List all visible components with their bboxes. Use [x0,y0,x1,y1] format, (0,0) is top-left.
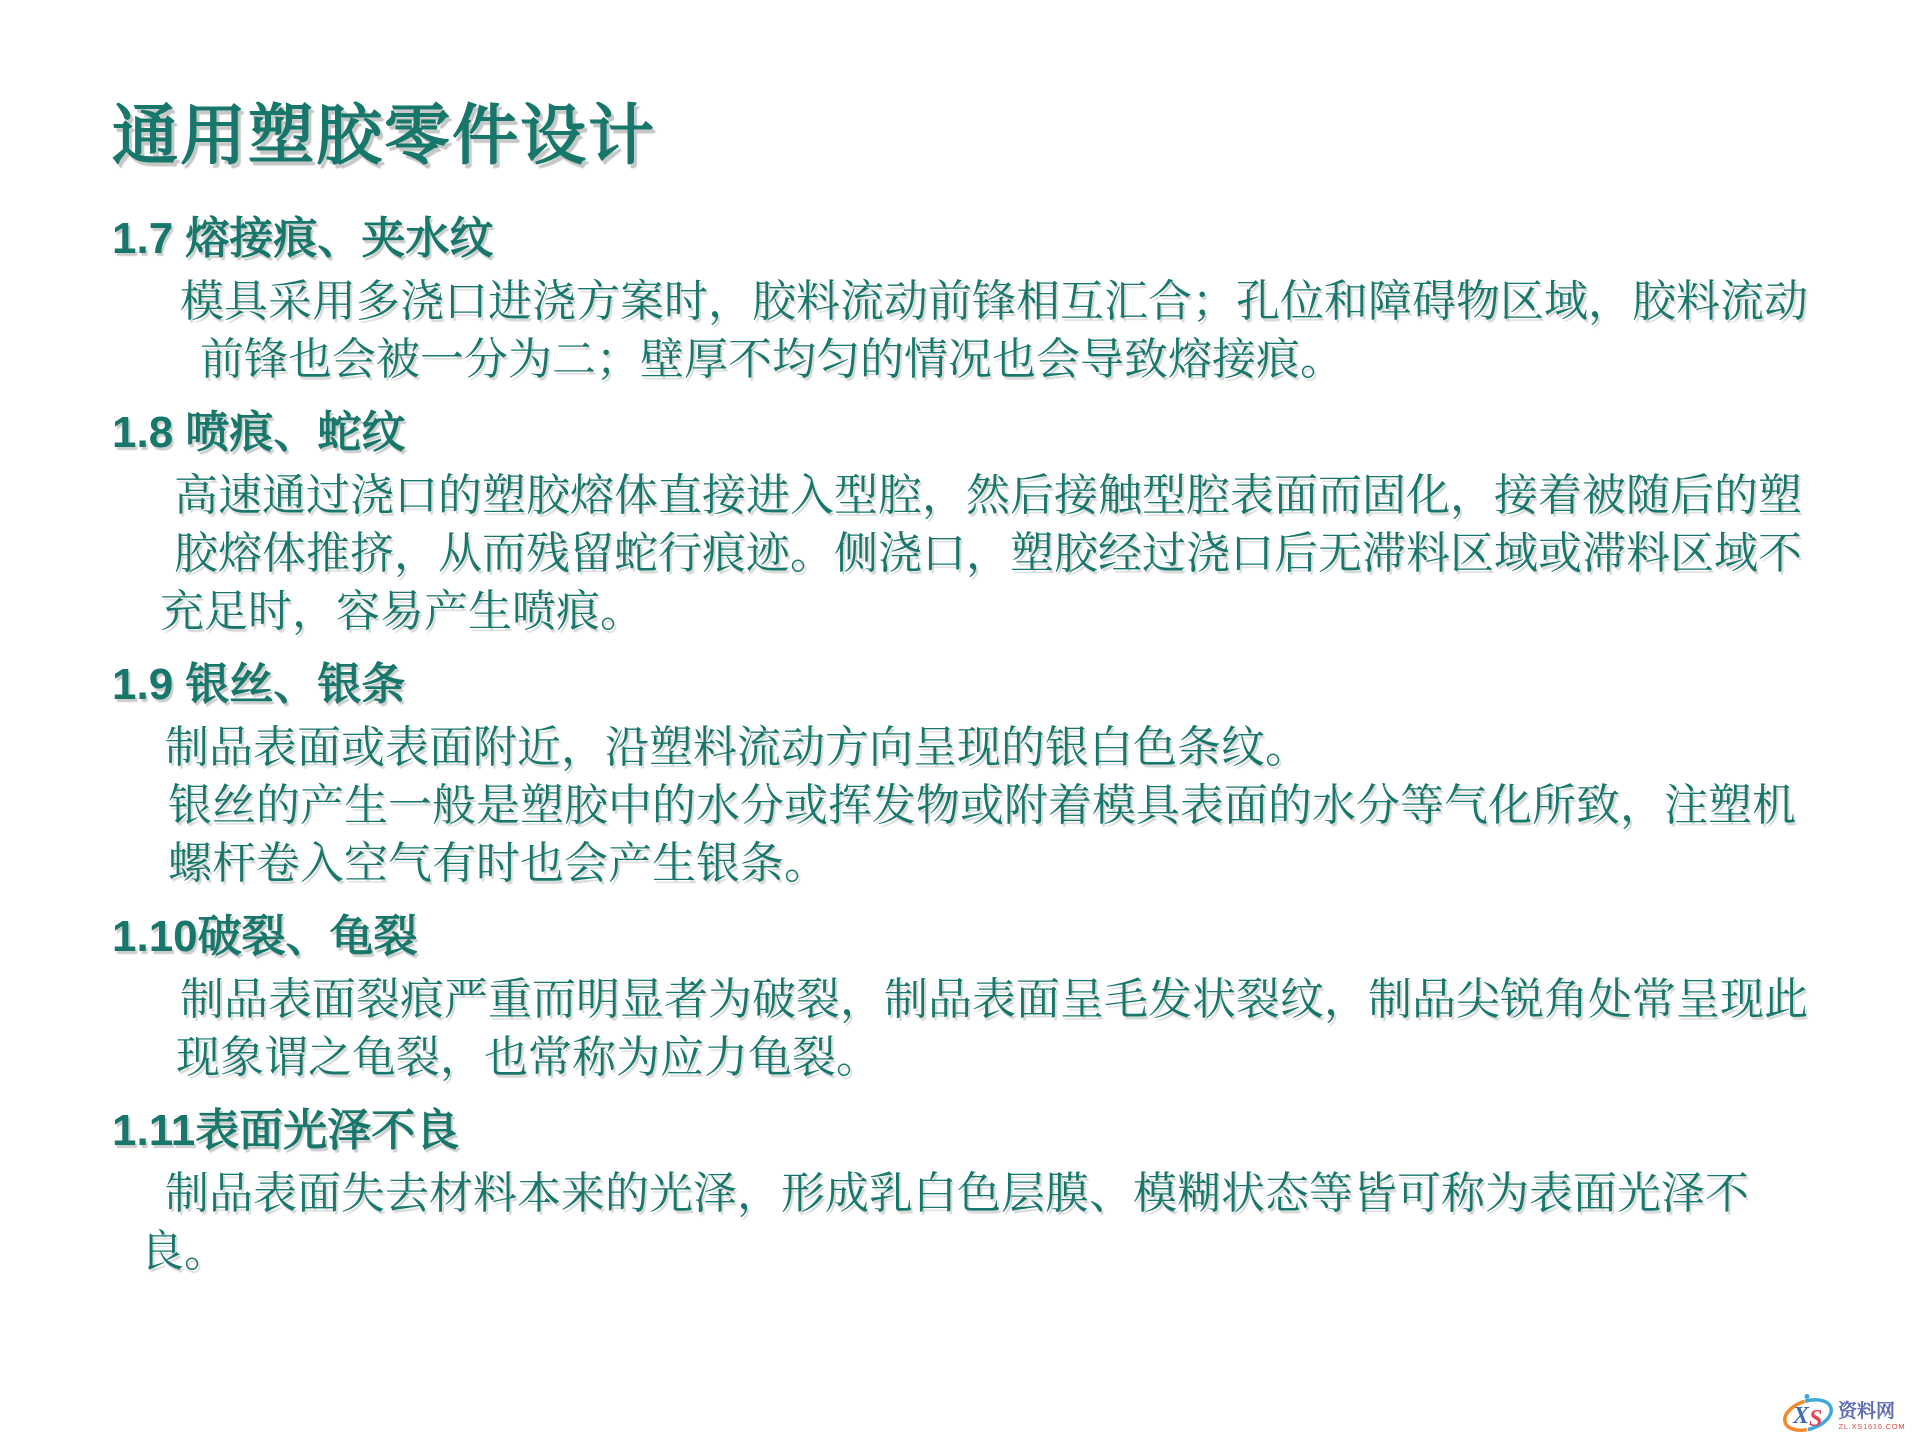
watermark-site-name: 资料网 [1838,1399,1895,1422]
body-line: 模具采用多浇口进浇方案时，胶料流动前锋相互汇合；孔位和障碍物区域，胶料流动 [112,273,1880,331]
body-line: 前锋也会被一分为二；壁厚不均匀的情况也会导致熔接痕。 [112,331,1880,389]
section-heading: 1.11表面光泽不良 [112,1105,1880,1157]
body-line: 高速通过浇口的塑胶熔体直接进入型腔，然后接触型腔表面而固化，接着被随后的塑 [112,467,1880,525]
body-line: 螺杆卷入空气有时也会产生银条。 [112,835,1880,893]
section-heading: 1.8 喷痕、蛇纹 [112,407,1880,459]
section-1-10: 1.10破裂、龟裂 制品表面裂痕严重而明显者为破裂，制品表面呈毛发状裂纹，制品尖… [112,911,1880,1087]
section-1-9: 1.9 银丝、银条 制品表面或表面附近，沿塑料流动方向呈现的银白色条纹。 银丝的… [112,659,1880,893]
body-line: 现象谓之龟裂，也常称为应力龟裂。 [112,1029,1880,1087]
watermark-logo: X S 资料网 ZL.XS1616.COM [1780,1390,1914,1436]
body-line: 制品表面失去材料本来的光泽，形成乳白色层膜、模糊状态等皆可称为表面光泽不 [112,1165,1880,1223]
body-line: 充足时，容易产生喷痕。 [112,583,1880,641]
body-line: 良。 [112,1223,1880,1281]
body-line: 银丝的产生一般是塑胶中的水分或挥发物或附着模具表面的水分等气化所致，注塑机 [112,777,1880,835]
slide-content: 通用塑胶零件设计 1.7 熔接痕、夹水纹 模具采用多浇口进浇方案时，胶料流动前锋… [0,0,1920,1281]
section-heading: 1.9 银丝、银条 [112,659,1880,711]
logo-letter-s: S [1809,1406,1822,1432]
section-1-7: 1.7 熔接痕、夹水纹 模具采用多浇口进浇方案时，胶料流动前锋相互汇合；孔位和障… [112,213,1880,389]
page-title: 通用塑胶零件设计 [112,95,1880,175]
body-line: 制品表面裂痕严重而明显者为破裂，制品表面呈毛发状裂纹，制品尖锐角处常呈现此 [112,971,1880,1029]
watermark-site-url: ZL.XS1616.COM [1839,1422,1906,1431]
body-line: 制品表面或表面附近，沿塑料流动方向呈现的银白色条纹。 [112,719,1880,777]
section-1-8: 1.8 喷痕、蛇纹 高速通过浇口的塑胶熔体直接进入型腔，然后接触型腔表面而固化，… [112,407,1880,641]
dot-icon [1805,1394,1810,1399]
section-1-11: 1.11表面光泽不良 制品表面失去材料本来的光泽，形成乳白色层膜、模糊状态等皆可… [112,1105,1880,1281]
body-line: 胶熔体推挤，从而残留蛇行痕迹。侧浇口，塑胶经过浇口后无滞料区域或滞料区域不 [112,525,1880,583]
logo-letter-x: X [1792,1403,1810,1429]
section-heading: 1.10破裂、龟裂 [112,911,1880,963]
section-heading: 1.7 熔接痕、夹水纹 [112,213,1880,265]
